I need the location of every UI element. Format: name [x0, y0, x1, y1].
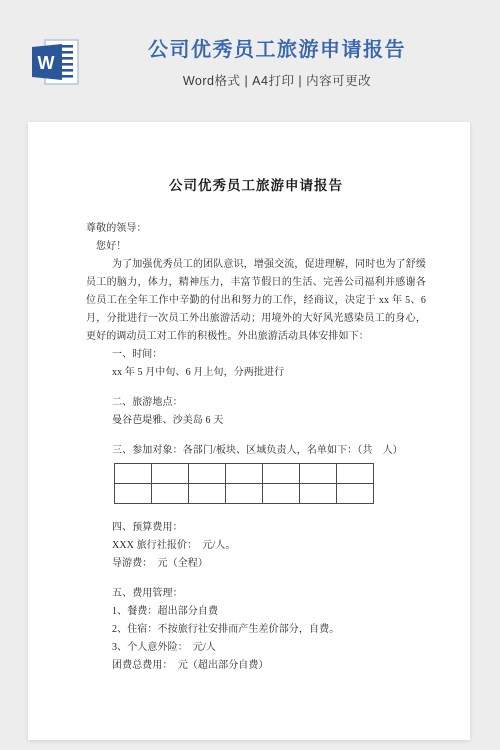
table-cell: [263, 464, 300, 484]
table-row: [115, 484, 374, 504]
template-subtitle: Word格式 | A4打印 | 内容可更改: [84, 71, 470, 89]
table-cell: [189, 464, 226, 484]
table-cell: [115, 464, 152, 484]
doc-line: 二、旅游地点：: [86, 394, 426, 412]
table-cell: [337, 464, 374, 484]
table-cell: [226, 464, 263, 484]
word-icon: W: [30, 38, 82, 86]
doc-line: 1、餐费：超出部分自费: [86, 603, 426, 621]
table-cell: [337, 484, 374, 504]
table-cell: [115, 484, 152, 504]
doc-line: 您好！: [86, 238, 426, 256]
table-cell: [189, 484, 226, 504]
doc-line: XXX 旅行社报价： 元/人。: [86, 537, 426, 555]
template-title: 公司优秀员工旅游申请报告: [84, 38, 470, 62]
table-cell: [300, 464, 337, 484]
doc-line: 一、时间：: [86, 346, 426, 364]
doc-line: 2、住宿：不按旅行社安排而产生差价部分，自费。: [86, 621, 426, 639]
blank-line: [86, 507, 426, 519]
document-body: 尊敬的领导：您好！为了加强优秀员工的团队意识，增强交流，促进理解，同时也为了舒缓…: [86, 220, 426, 675]
doc-line: xx 年 5 月中旬、6 月上旬，分两批进行: [86, 364, 426, 382]
table-cell: [300, 484, 337, 504]
doc-line: 3、个人意外险： 元/人: [86, 639, 426, 657]
doc-line: 五、费用管理：: [86, 585, 426, 603]
table-cell: [226, 484, 263, 504]
blank-line: [86, 430, 426, 442]
doc-line: 尊敬的领导：: [86, 220, 426, 238]
doc-line: 导游费： 元（全程）: [86, 555, 426, 573]
participants-table: [114, 463, 374, 504]
doc-line: 团费总费用： 元（超出部分自费）: [86, 657, 426, 675]
document-page: 公司优秀员工旅游申请报告 尊敬的领导：您好！为了加强优秀员工的团队意识，增强交流…: [28, 122, 470, 740]
table-cell: [263, 484, 300, 504]
document-content: 公司优秀员工旅游申请报告 尊敬的领导：您好！为了加强优秀员工的团队意识，增强交流…: [28, 122, 470, 675]
table-cell: [152, 464, 189, 484]
doc-line: 三、参加对象：各部门/板块、区域负责人，名单如下：（共 人）: [86, 442, 426, 460]
table-row: [115, 464, 374, 484]
word-icon-letter: W: [38, 53, 55, 73]
header-banner: W 公司优秀员工旅游申请报告 Word格式 | A4打印 | 内容可更改: [0, 0, 500, 89]
blank-line: [86, 573, 426, 585]
table-cell: [152, 484, 189, 504]
doc-line: 为了加强优秀员工的团队意识，增强交流，促进理解，同时也为了舒缓员工的脑力，体力，…: [86, 256, 426, 346]
header-text: 公司优秀员工旅游申请报告 Word格式 | A4打印 | 内容可更改: [82, 38, 470, 89]
document-title: 公司优秀员工旅游申请报告: [86, 174, 426, 194]
doc-line: 曼谷芭堤雅、沙美岛 6 天: [86, 412, 426, 430]
doc-line: 四、预算费用：: [86, 519, 426, 537]
blank-line: [86, 382, 426, 394]
